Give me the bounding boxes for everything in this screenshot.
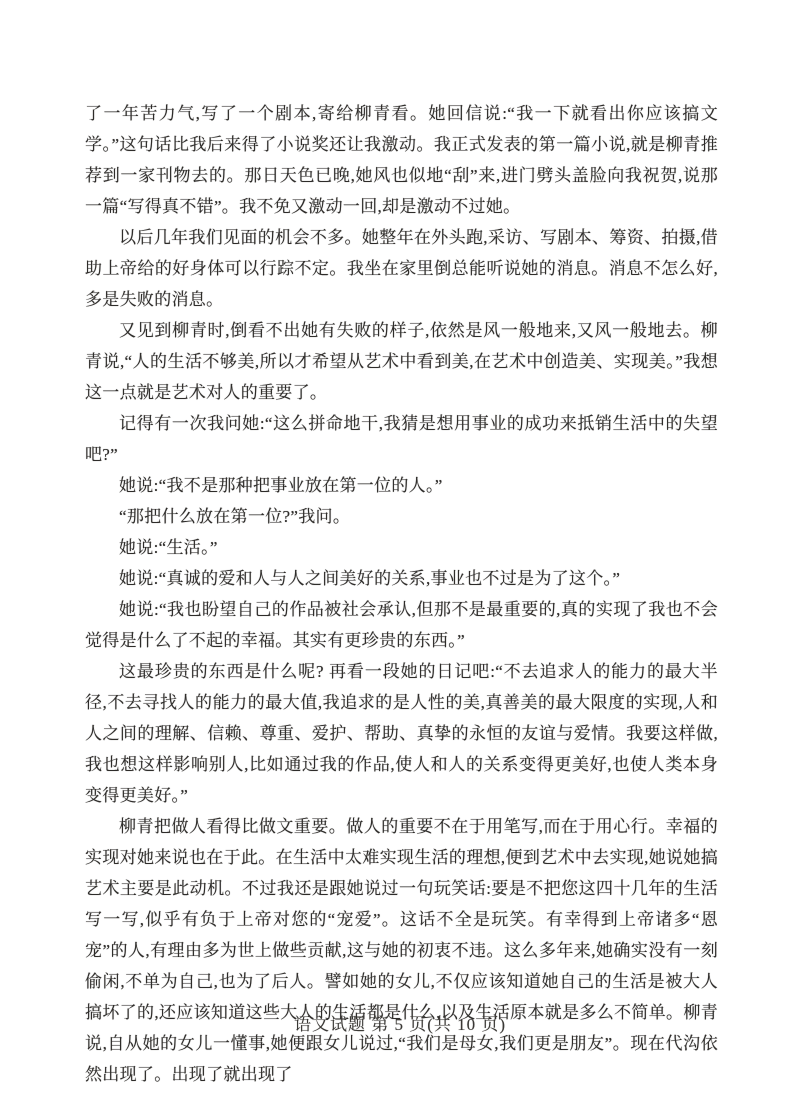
body-paragraph: “那把什么放在第一位?”我问。 — [85, 501, 718, 532]
body-paragraph: 又见到柳青时,倒看不出她有失败的样子,依然是风一般地来,又风一般地去。柳青说,“… — [85, 315, 718, 408]
document-page: 了一年苦力气,写了一个剧本,寄给柳青看。她回信说:“我一下就看出你应该搞文学。”… — [0, 0, 800, 1095]
page-footer: 语文试题 第 5 页(共 10 页) — [0, 1010, 800, 1035]
body-paragraph: 以后几年我们见面的机会不多。她整年在外头跑,采访、写剧本、筹资、拍摄,借助上帝给… — [85, 222, 718, 315]
body-paragraph: 她说:“生活。” — [85, 532, 718, 563]
body-paragraph: 她说:“我也盼望自己的作品被社会承认,但那不是最重要的,真的实现了我也不会觉得是… — [85, 594, 718, 656]
passage-body: 了一年苦力气,写了一个剧本,寄给柳青看。她回信说:“我一下就看出你应该搞文学。”… — [85, 98, 718, 1090]
body-paragraph: 这最珍贵的东西是什么呢? 再看一段她的日记吧:“不去追求人的能力的最大半径,不去… — [85, 656, 718, 811]
body-paragraph: 她说:“我不是那种把事业放在第一位的人。” — [85, 470, 718, 501]
body-paragraph: 她说:“真诚的爱和人与人之间美好的关系,事业也不过是为了这个。” — [85, 563, 718, 594]
body-paragraph: 柳青把做人看得比做文重要。做人的重要不在于用笔写,而在于用心行。幸福的实现对她来… — [85, 811, 718, 1090]
body-paragraph: 记得有一次我问她:“这么拼命地干,我猜是想用事业的成功来抵销生活中的失望吧?” — [85, 408, 718, 470]
body-paragraph: 了一年苦力气,写了一个剧本,寄给柳青看。她回信说:“我一下就看出你应该搞文学。”… — [85, 98, 718, 222]
